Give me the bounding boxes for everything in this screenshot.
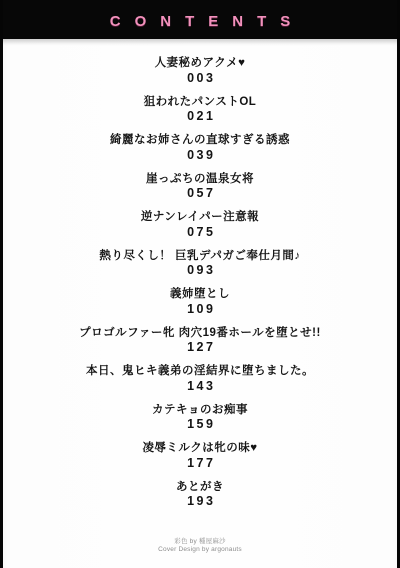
toc-entry-page: 193 [0, 494, 400, 508]
toc-entry-title: 崖っぷちの温泉女将 [0, 172, 400, 186]
list-item: 狙われたパンストOL 021 [0, 95, 400, 124]
list-item: 逆ナンレイパー注意報 075 [0, 210, 400, 239]
list-item: 本日、鬼ヒキ義弟の淫結界に堕ちました。 143 [0, 364, 400, 393]
toc-entry-title: プロゴルファー牝 肉穴19番ホールを堕とせ!! [0, 326, 400, 340]
toc-page: CONTENTS 人妻秘めアクメ♥ 003 狙われたパンストOL 021 綺麗な… [0, 0, 400, 568]
list-item: カテキョのお痴事 159 [0, 403, 400, 432]
list-item: あとがき 193 [0, 480, 400, 509]
page-edge-left [0, 0, 3, 568]
credit-cover-design: Cover Design by argonauts [0, 546, 400, 554]
toc-entry-title: 本日、鬼ヒキ義弟の淫結界に堕ちました。 [0, 364, 400, 378]
list-item: 人妻秘めアクメ♥ 003 [0, 56, 400, 85]
list-item: プロゴルファー牝 肉穴19番ホールを堕とせ!! 127 [0, 326, 400, 355]
toc-entry-title: 凌辱ミルクは牝の味♥ [0, 441, 400, 455]
toc-entry-title: 熱り尽くし！ 巨乳デパガご奉仕月間♪ [0, 249, 400, 263]
toc-entry-page: 003 [0, 71, 400, 85]
toc-entry-page: 127 [0, 340, 400, 354]
toc-entry-page: 021 [0, 109, 400, 123]
toc-entry-title: 狙われたパンストOL [0, 95, 400, 109]
toc-entry-page: 093 [0, 263, 400, 277]
toc-entry-page: 159 [0, 417, 400, 431]
toc-entry-title: あとがき [0, 480, 400, 494]
toc-entry-title: 逆ナンレイパー注意報 [0, 210, 400, 224]
page-title: CONTENTS [96, 13, 305, 30]
credits: 彩色 by 種屋麻沙 Cover Design by argonauts [0, 538, 400, 554]
list-item: 綺麗なお姉さんの直球すぎる誘惑 039 [0, 133, 400, 162]
toc-entry-page: 057 [0, 186, 400, 200]
toc-entry-page: 143 [0, 379, 400, 393]
list-item: 熱り尽くし！ 巨乳デパガご奉仕月間♪ 093 [0, 249, 400, 278]
credit-coloring: 彩色 by 種屋麻沙 [0, 538, 400, 546]
toc-entry-page: 177 [0, 456, 400, 470]
toc-entry-title: 人妻秘めアクメ♥ [0, 56, 400, 70]
toc-entry-page: 075 [0, 225, 400, 239]
list-item: 崖っぷちの温泉女将 057 [0, 172, 400, 201]
toc-entry-title: 義姉堕とし [0, 287, 400, 301]
toc-entry-page: 039 [0, 148, 400, 162]
toc-entry-title: 綺麗なお姉さんの直球すぎる誘惑 [0, 133, 400, 147]
toc-entry-page: 109 [0, 302, 400, 316]
contents-header: CONTENTS [0, 0, 400, 39]
list-item: 義姉堕とし 109 [0, 287, 400, 316]
toc-entry-title: カテキョのお痴事 [0, 403, 400, 417]
list-item: 凌辱ミルクは牝の味♥ 177 [0, 441, 400, 470]
toc-list: 人妻秘めアクメ♥ 003 狙われたパンストOL 021 綺麗なお姉さんの直球すぎ… [0, 39, 400, 508]
